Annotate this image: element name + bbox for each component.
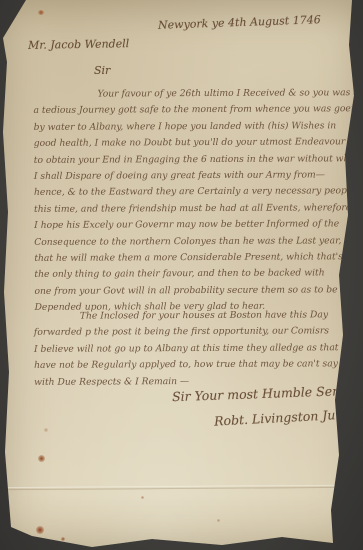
foxing-spot [61, 537, 65, 541]
recipient-line: Mr. Jacob Wendell [28, 37, 129, 52]
salutation: Sir [94, 64, 110, 77]
paragraph-1: Your favour of ye 26th ultimo I Received… [33, 85, 363, 316]
manuscript-line: forwarded p the post it being the first … [34, 324, 362, 342]
foxing-spot [38, 10, 44, 15]
manuscript-line: I hope his Excely our Governr may now be… [34, 216, 363, 234]
foxing-spot [38, 455, 45, 462]
fold-crease [8, 485, 340, 490]
manuscript-line: this time, and there friendship must be … [34, 200, 363, 218]
dateline: Newyork ye 4th August 1746 [158, 13, 321, 32]
letter-paper: Newyork ye 4th August 1746 Mr. Jacob Wen… [0, 0, 363, 550]
manuscript-line: good health, I make no Doubt but you'll … [34, 134, 363, 152]
manuscript-line: I believe will not go up to Albany at th… [34, 340, 362, 358]
manuscript-line: The Inclosed for your houses at Boston h… [34, 307, 362, 325]
manuscript-line: have not be Regularly applyed to, how tr… [34, 356, 362, 374]
foxing-spot [36, 526, 44, 534]
manuscript-line: by water to Albany, where I hope you lan… [34, 118, 363, 136]
manuscript-line: the only thing to gain their favour, and… [34, 265, 363, 283]
foxing-spot [217, 519, 220, 522]
foxing-spot [141, 496, 144, 499]
manuscript-line: hence, & to the Eastward they are Certai… [34, 183, 363, 201]
manuscript-line: to obtain your End in Engaging the 6 nat… [34, 151, 363, 169]
manuscript-line: one from your Govt will in all probabili… [34, 282, 363, 300]
manuscript-line: a tedious Journey gott safe to the monen… [33, 101, 363, 119]
paragraph-2: The Inclosed for your houses at Boston h… [34, 307, 362, 391]
manuscript-line: Your favour of ye 26th ultimo I Received… [33, 85, 363, 103]
manuscript-line: that he will make them a more Considerab… [34, 249, 363, 267]
manuscript-line: Consequence to the northern Colonyes tha… [34, 233, 363, 251]
signature: Robt. Livingston Junr. [214, 406, 353, 428]
foxing-spot [44, 428, 48, 432]
manuscript-line: I shall Dispare of doeing any great feat… [34, 167, 363, 185]
scan-background: Newyork ye 4th August 1746 Mr. Jacob Wen… [0, 0, 363, 550]
